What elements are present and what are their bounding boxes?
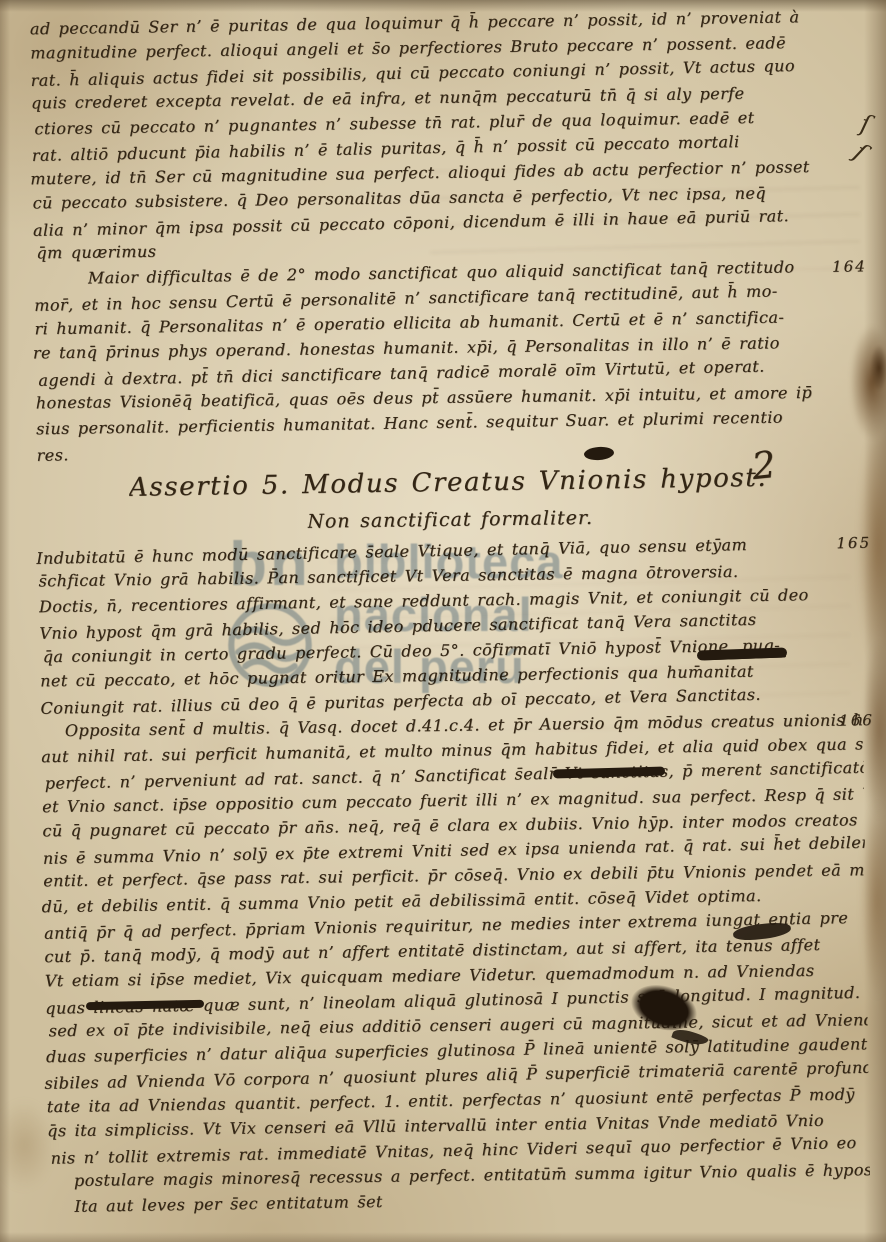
manuscript-line-text: q̄m quærimus <box>36 239 156 266</box>
manuscript-page: ad peccandū Ser n’ ē puritas de qua loqu… <box>0 0 886 1242</box>
manuscript-line-text: Assertio 5. Modus Creatus Vnionis hypost… <box>129 455 768 511</box>
pen-mark: ſ <box>858 109 873 138</box>
page-stain <box>0 1100 54 1190</box>
manuscript-line-text: Non sanctificat formaliter. <box>307 506 593 534</box>
page-edge-shading-left <box>0 0 10 1242</box>
manuscript-line-text: res. <box>36 442 69 468</box>
page-stain <box>870 345 886 391</box>
manuscript-line-text: Ita aut leves per s̄ec entitatum s̄et <box>74 1189 383 1219</box>
margin-number: 165 <box>836 531 871 557</box>
heading-flourish: 2 <box>750 443 778 488</box>
page-edge-shading-bottom <box>0 1232 886 1242</box>
margin-number: 166 <box>839 708 874 733</box>
manuscript-text: ad peccandū Ser n’ ē puritas de qua loqu… <box>30 3 871 1219</box>
